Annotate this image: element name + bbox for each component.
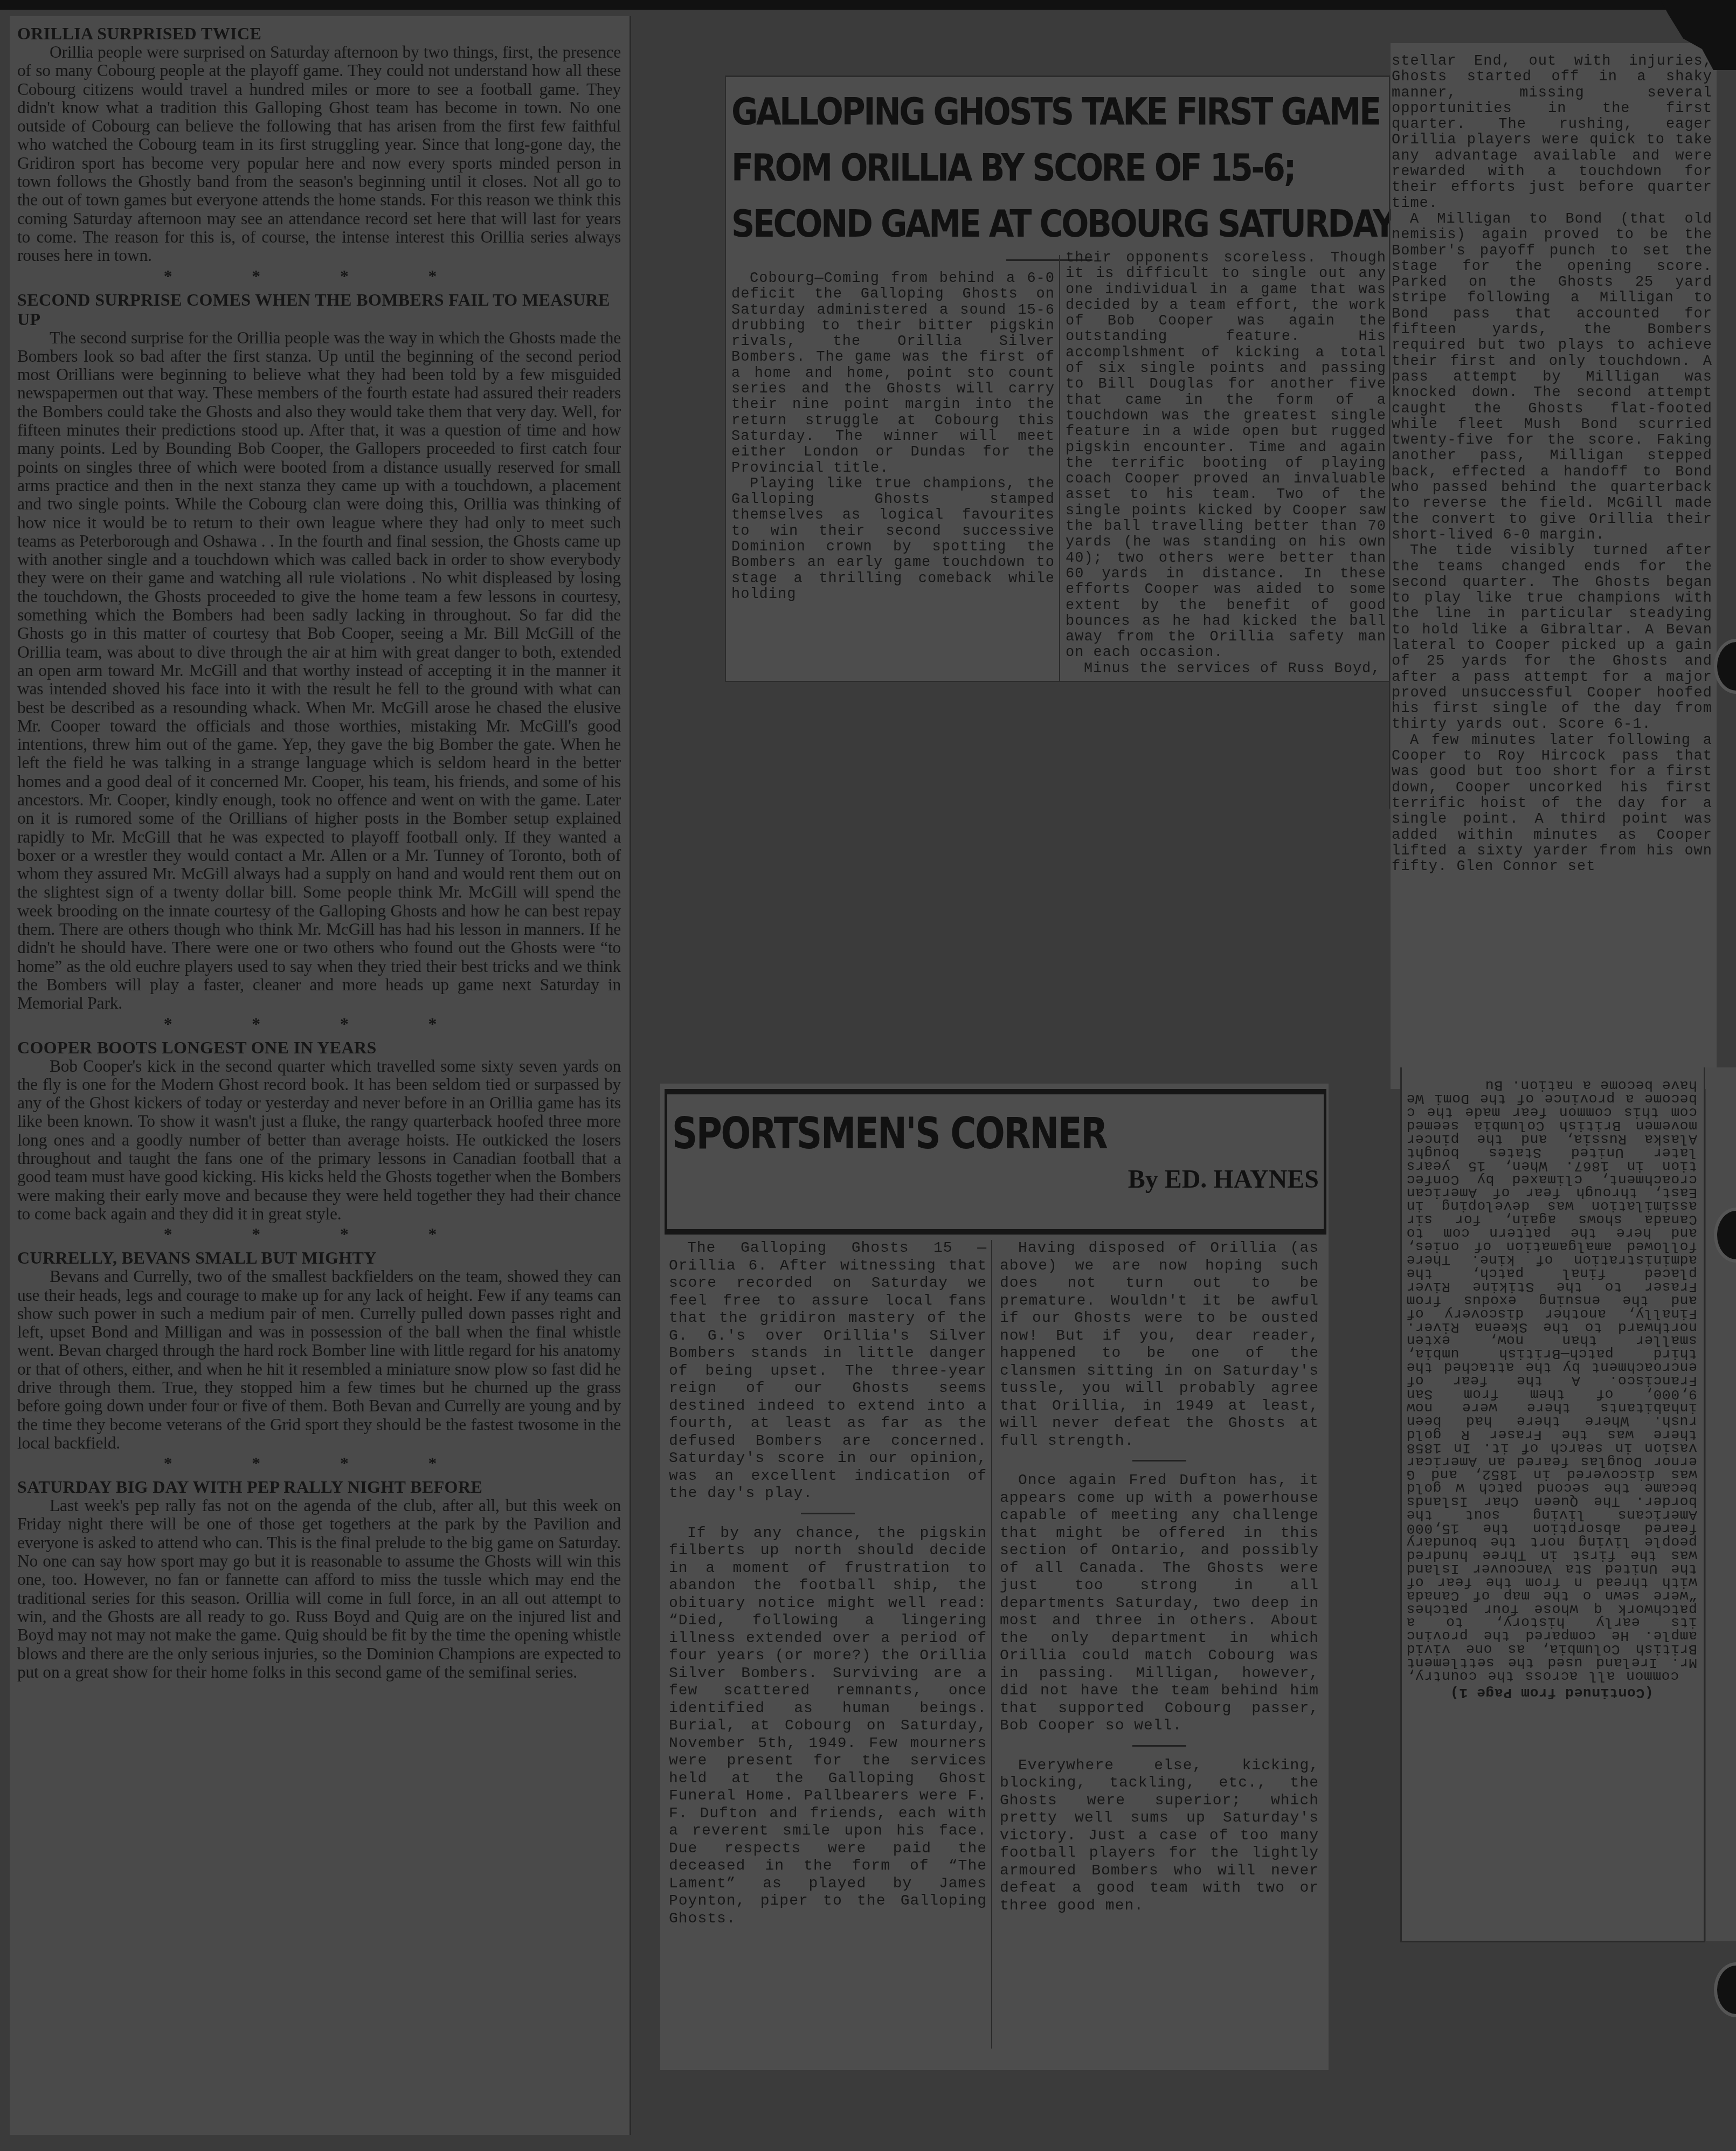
scan-top-edge bbox=[0, 0, 1736, 10]
section-separator: * * * * bbox=[17, 1226, 621, 1243]
section-separator: * * * * bbox=[17, 1456, 621, 1472]
column-divider bbox=[1389, 75, 1390, 809]
section-body: Orillia people were surprised on Saturda… bbox=[17, 43, 621, 265]
paragraph: The tide visibly turned after the teams … bbox=[1392, 543, 1712, 733]
section-body: Bob Cooper's kick in the second quarter … bbox=[17, 1057, 621, 1224]
punch-hole bbox=[1714, 639, 1736, 694]
section-heading: COOPER BOOTS LONGEST ONE IN YEARS bbox=[17, 1038, 621, 1057]
column-title: SPORTSMEN'S CORNER bbox=[672, 1108, 1106, 1159]
left-column-clipping: ORILLIA SURPRISED TWICEOrillia people we… bbox=[10, 16, 631, 2135]
paragraph: Everywhere else, kicking, blocking, tack… bbox=[1000, 1757, 1319, 1915]
main-headline: GALLOPING GHOSTS TAKE FIRST GAME FROM OR… bbox=[731, 84, 1292, 252]
paragraph: common all across the country, Mr. Irela… bbox=[1406, 1078, 1697, 1683]
section-separator: * * * * bbox=[17, 1016, 621, 1032]
paragraph: A few minutes later following a Cooper t… bbox=[1392, 733, 1712, 875]
section-rule bbox=[801, 1513, 855, 1514]
paragraph: Playing like true champions, the Gallopi… bbox=[731, 477, 1055, 603]
section-body: Bevans and Currelly, two of the smallest… bbox=[17, 1267, 621, 1452]
column-divider bbox=[1059, 255, 1060, 681]
section-heading: ORILLIA SURPRISED TWICE bbox=[17, 24, 621, 43]
main-article-column-3: stellar End, out with injuries, Ghosts s… bbox=[1392, 54, 1712, 875]
left-column-text: ORILLIA SURPRISED TWICEOrillia people we… bbox=[17, 22, 621, 1681]
paragraph: their opponents scoreless. Though it is … bbox=[1066, 251, 1386, 661]
main-article-column-2: their opponents scoreless. Though it is … bbox=[1066, 251, 1386, 677]
upside-down-text: (Continued from Page 1) common all acros… bbox=[1406, 1078, 1697, 1699]
main-article-continuation: stellar End, out with injuries, Ghosts s… bbox=[1391, 43, 1717, 1089]
section-heading: SATURDAY BIG DAY WITH PEP RALLY NIGHT BE… bbox=[17, 1477, 621, 1497]
section-body: The second surprise for the Orillia peop… bbox=[17, 329, 621, 1013]
section-heading: CURRELLY, BEVANS SMALL BUT MIGHTY bbox=[17, 1248, 621, 1267]
upside-down-clipping: (Continued from Page 1) common all acros… bbox=[1400, 1067, 1705, 1942]
headline-line-1: GALLOPING GHOSTS TAKE FIRST GAME bbox=[731, 84, 1292, 140]
paragraph: Once again Fred Dufton has, it appears c… bbox=[1000, 1472, 1319, 1735]
section-separator: * * * * bbox=[17, 268, 621, 285]
section-rule bbox=[1132, 1745, 1186, 1747]
continued-label: (Continued from Page 1) bbox=[1406, 1686, 1697, 1699]
headline-line-3: SECOND GAME AT COBOURG SATURDAY bbox=[731, 196, 1292, 252]
paragraph: If by any chance, the pigskin filberts u… bbox=[669, 1525, 987, 1928]
paragraph: The Galloping Ghosts 15 — Orillia 6. Aft… bbox=[669, 1240, 987, 1503]
sportsmens-corner-column-1: The Galloping Ghosts 15 — Orillia 6. Aft… bbox=[669, 1240, 987, 1928]
paragraph: Cobourg—Coming from behind a 6-0 deficit… bbox=[731, 271, 1055, 477]
paragraph: stellar End, out with injuries, Ghosts s… bbox=[1392, 54, 1712, 212]
adjacent-clipping-edge bbox=[1706, 1067, 1736, 1941]
paragraph: Minus the services of Russ Boyd, bbox=[1066, 661, 1386, 677]
byline: By ED. HAYNES bbox=[1128, 1164, 1319, 1194]
paragraph: Having disposed of Orillia (as above) we… bbox=[1000, 1240, 1319, 1450]
section-body: Last week's pep rally fas not on the age… bbox=[17, 1497, 621, 1681]
sportsmens-corner-clipping: SPORTSMEN'S CORNER By ED. HAYNES The Gal… bbox=[660, 1084, 1329, 2070]
main-article-column-1: Cobourg—Coming from behind a 6-0 deficit… bbox=[731, 271, 1055, 603]
section-heading: SECOND SURPRISE COMES WHEN THE BOMBERS F… bbox=[17, 290, 621, 329]
headline-line-2: FROM ORILLIA BY SCORE OF 15-6; bbox=[731, 140, 1292, 196]
main-article-clipping: GALLOPING GHOSTS TAKE FIRST GAME FROM OR… bbox=[725, 75, 1389, 682]
column-divider bbox=[991, 1240, 992, 2049]
sportsmens-corner-column-2: Having disposed of Orillia (as above) we… bbox=[1000, 1240, 1319, 1915]
punch-hole bbox=[1714, 1962, 1736, 2017]
section-rule bbox=[1132, 1460, 1186, 1461]
paragraph: A Milligan to Bond (that old nemisis) ag… bbox=[1392, 212, 1712, 543]
